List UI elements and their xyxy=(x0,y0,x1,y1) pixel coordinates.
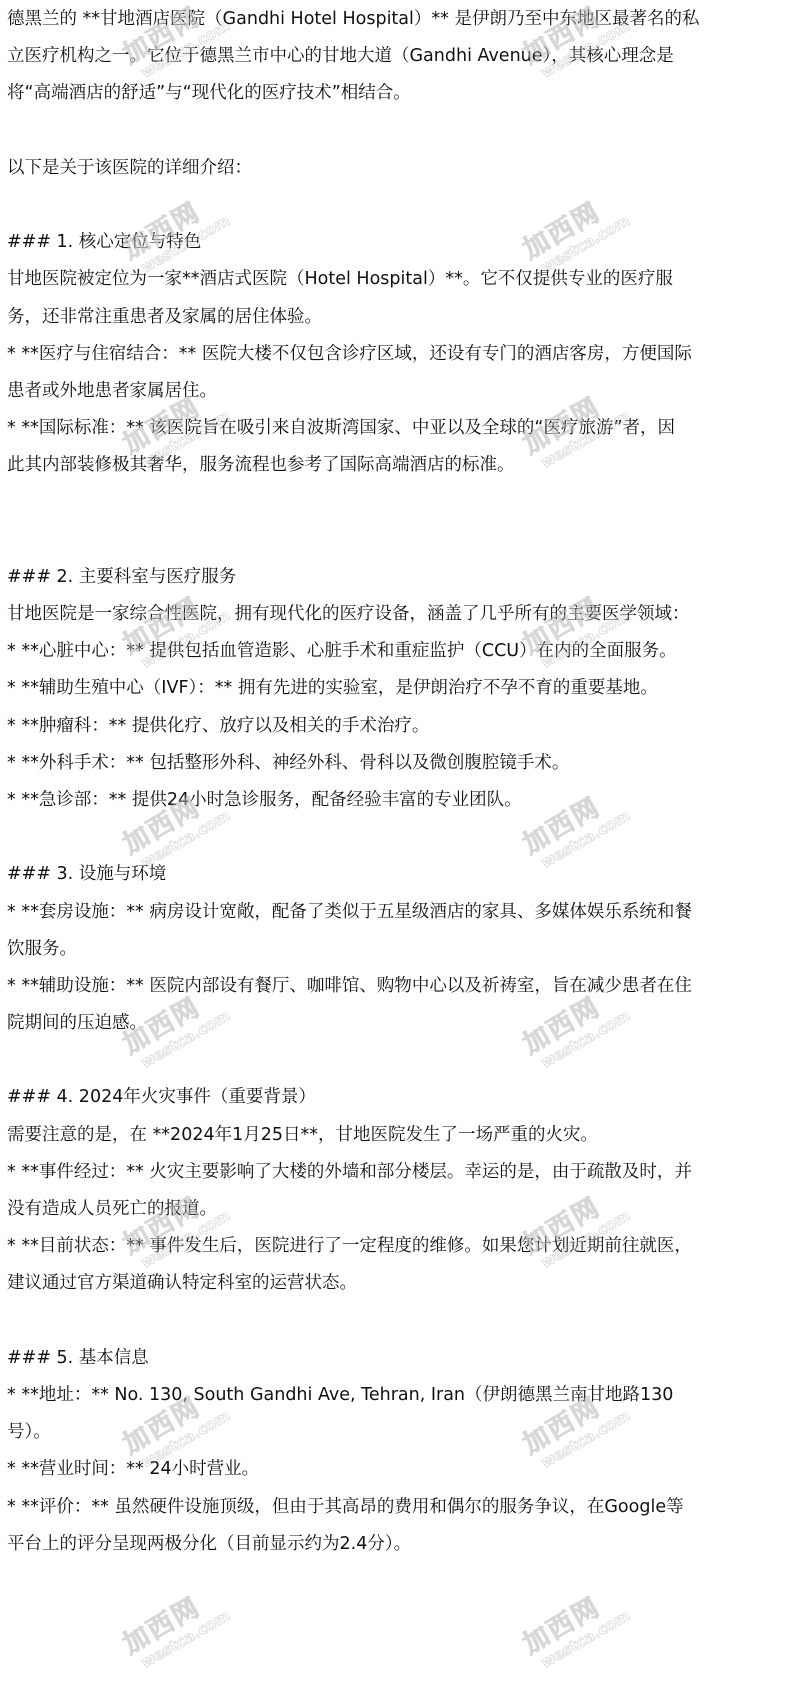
bullet-line: * **国际标准：** 该医院旨在吸引来自波斯湾国家、中亚以及全球的“医疗旅游”… xyxy=(7,410,797,447)
text-line: 甘地医院被定位为一家**酒店式医院（Hotel Hospital）**。它不仅提… xyxy=(7,261,797,298)
bullet-line: * **目前状态：** 事件发生后，医院进行了一定程度的维修。如果您计划近期前往… xyxy=(7,1228,797,1265)
text-line: 此其内部装修极其奢华，服务流程也参考了国际高端酒店的标准。 xyxy=(7,447,797,484)
text-line: 甘地医院是一家综合性医院，拥有现代化的医疗设备，涵盖了几乎所有的主要医学领域： xyxy=(7,596,797,633)
text-line: 院期间的压迫感。 xyxy=(7,1005,797,1042)
blank-line xyxy=(7,819,797,856)
text-line: 平台上的评分呈现两极分化（目前显示约为2.4分）。 xyxy=(7,1526,797,1563)
text-line: 务，还非常注重患者及家属的居住体验。 xyxy=(7,299,797,336)
text-line: 没有造成人员死亡的报道。 xyxy=(7,1191,797,1228)
text-line: 将“高端酒店的舒适”与“现代化的医疗技术”相结合。 xyxy=(7,75,797,112)
blank-line xyxy=(7,1042,797,1079)
text-line: 患者或外地患者家属居住。 xyxy=(7,373,797,410)
blank-line xyxy=(7,187,797,224)
bullet-line: * **地址：** No. 130, South Gandhi Ave, Teh… xyxy=(7,1377,797,1414)
bullet-line: * **套房设施：** 病房设计宽敞，配备了类似于五星级酒店的家具、多媒体娱乐系… xyxy=(7,894,797,931)
bullet-line: * **辅助生殖中心（IVF）：** 拥有先进的实验室，是伊朗治疗不孕不育的重要… xyxy=(7,670,797,707)
section-heading-1: ### 1. 核心定位与特色 xyxy=(7,224,797,261)
blank-line xyxy=(7,1303,797,1340)
text-line: 德黑兰的 **甘地酒店医院（Gandhi Hotel Hospital）** 是… xyxy=(7,1,797,38)
bullet-line: * **辅助设施：** 医院内部设有餐厅、咖啡馆、购物中心以及祈祷室，旨在减少患… xyxy=(7,968,797,1005)
section-heading-4: ### 4. 2024年火灾事件（重要背景） xyxy=(7,1079,797,1116)
text-line: 号）。 xyxy=(7,1414,797,1451)
bullet-line: * **营业时间：** 24小时营业。 xyxy=(7,1451,797,1488)
bullet-line: * **医疗与住宿结合：** 医院大楼不仅包含诊疗区域，还设有专门的酒店客房，方… xyxy=(7,336,797,373)
blank-line xyxy=(7,113,797,150)
bullet-line: * **急诊部：** 提供24小时急诊服务，配备经验丰富的专业团队。 xyxy=(7,782,797,819)
text-line: 需要注意的是，在 **2024年1月25日**，甘地医院发生了一场严重的火灾。 xyxy=(7,1117,797,1154)
text-line: 立医疗机构之一。它位于德黑兰市中心的甘地大道（Gandhi Avenue），其核… xyxy=(7,38,797,75)
blank-line xyxy=(7,522,797,559)
text-line: 建议通过官方渠道确认特定科室的运营状态。 xyxy=(7,1265,797,1302)
section-heading-3: ### 3. 设施与环境 xyxy=(7,856,797,893)
bullet-line: * **事件经过：** 火灾主要影响了大楼的外墙和部分楼层。幸运的是，由于疏散及… xyxy=(7,1154,797,1191)
blank-line xyxy=(7,484,797,521)
bullet-line: * **肿瘤科：** 提供化疗、放疗以及相关的手术治疗。 xyxy=(7,708,797,745)
text-line: 饮服务。 xyxy=(7,931,797,968)
watermark-logo: 加西网westca.com xyxy=(518,1574,652,1686)
bullet-line: * **心脏中心：** 提供包括血管造影、心脏手术和重症监护（CCU）在内的全面… xyxy=(7,633,797,670)
section-heading-5: ### 5. 基本信息 xyxy=(7,1340,797,1377)
section-heading-2: ### 2. 主要科室与医疗服务 xyxy=(7,559,797,596)
bullet-line: * **外科手术：** 包括整形外科、神经外科、骨科以及微创腹腔镜手术。 xyxy=(7,745,797,782)
intro-line: 以下是关于该医院的详细介绍： xyxy=(7,150,797,187)
watermark-logo: 加西网westca.com xyxy=(118,1574,252,1686)
document-body: 德黑兰的 **甘地酒店医院（Gandhi Hotel Hospital）** 是… xyxy=(7,1,797,1563)
bullet-line: * **评价：** 虽然硬件设施顶级，但由于其高昂的费用和偶尔的服务争议，在Go… xyxy=(7,1489,797,1526)
